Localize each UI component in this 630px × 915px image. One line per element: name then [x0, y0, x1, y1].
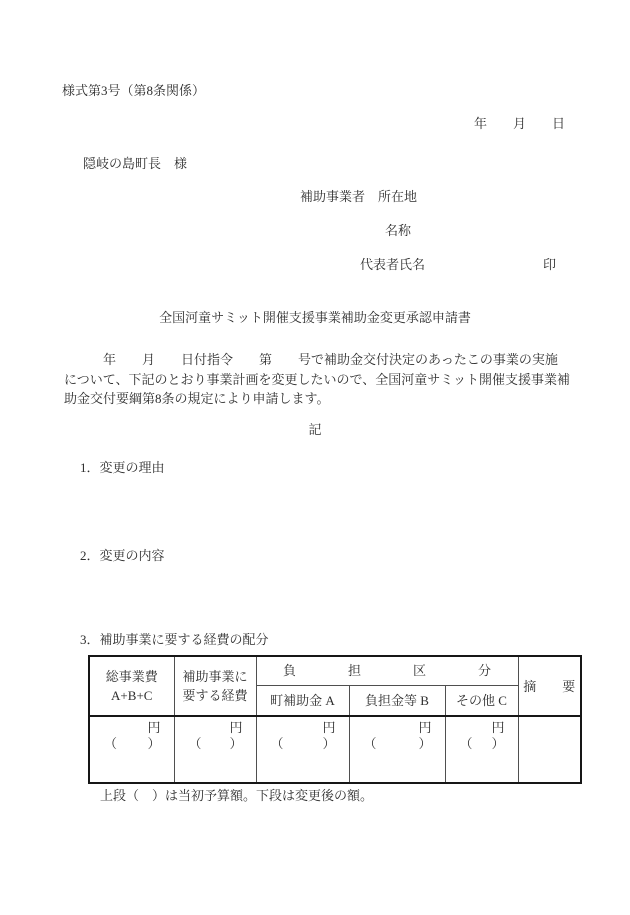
header-others: その他 C [445, 685, 518, 716]
header-project-cost-line2: 要する経費 [175, 686, 256, 705]
date-blank-line: 年 月 日 [474, 117, 565, 131]
header-total-cost-line2: A+B+C [90, 686, 174, 705]
applicant-address-label: 補助事業者 所在地 [300, 190, 417, 204]
header-total-cost-line1: 総事業費 [90, 667, 174, 686]
paren-open: （ [271, 736, 284, 751]
yen-unit-label: 円 [90, 717, 174, 735]
document-page: 様式第3号（第8条関係） 年 月 日 隠岐の島町長 様 補助事業者 所在地 名称… [0, 0, 630, 915]
paren-close: ） [322, 736, 335, 751]
document-title: 全国河童サミット開催支援事業補助金変更承認申請書 [0, 311, 630, 325]
cell-remarks-blank [518, 716, 581, 783]
applicant-name-label: 名称 [385, 224, 411, 238]
paren-open: （ [364, 736, 377, 751]
cell-town-subsidy-amount: 円 （ ） [256, 716, 349, 783]
paren-open: （ [189, 736, 202, 751]
yen-unit-label: 円 [350, 717, 445, 735]
representative-line: 代表者氏名 印 [360, 258, 556, 272]
header-burden-category: 負 担 区 分 [256, 656, 518, 685]
header-remarks: 摘 要 [518, 656, 581, 716]
cell-total-cost-amount: 円 （ ） [89, 716, 174, 783]
header-project-cost: 補助事業に 要する経費 [174, 656, 256, 716]
seal-mark: 印 [543, 258, 556, 272]
cost-allocation-table: 総事業費 A+B+C 補助事業に 要する経費 負 担 区 分 摘 要 町補助金 … [88, 655, 582, 784]
header-project-cost-line1: 補助事業に [175, 667, 256, 686]
paren-close: ） [418, 736, 431, 751]
section-3-heading: 3．補助事業に要する経費の配分 [80, 633, 269, 647]
body-line-1: 年 月 日付指令 第 号で補助金交付決定のあったこの事業の実施 [64, 350, 584, 370]
cell-others-amount: 円 （ ） [445, 716, 518, 783]
yen-unit-label: 円 [257, 717, 349, 735]
header-total-cost: 総事業費 A+B+C [89, 656, 174, 716]
addressee-line: 隠岐の島町長 様 [83, 157, 187, 171]
body-line-2: について、下記のとおり事業計画を変更したいので、全国河童サミット開催支援事業補 [64, 370, 584, 390]
representative-label: 代表者氏名 [360, 258, 425, 272]
paren-open: （ [104, 736, 117, 751]
header-contributions: 負担金等 B [349, 685, 445, 716]
yen-unit-label: 円 [175, 717, 256, 735]
yen-unit-label: 円 [446, 717, 518, 735]
paren-close: ） [229, 736, 242, 751]
form-number: 様式第3号（第8条関係） [62, 84, 205, 98]
section-1-heading: 1．変更の理由 [80, 461, 165, 475]
record-mark: 記 [0, 423, 630, 437]
cell-contributions-amount: 円 （ ） [349, 716, 445, 783]
paren-close: ） [491, 736, 504, 751]
cell-project-cost-amount: 円 （ ） [174, 716, 256, 783]
body-line-3: 助金交付要綱第8条の規定により申請します。 [64, 389, 584, 409]
header-town-subsidy: 町補助金 A [256, 685, 349, 716]
section-2-heading: 2．変更の内容 [80, 549, 165, 563]
paren-close: ） [147, 736, 160, 751]
table-footnote: 上段（ ）は当初予算額。下段は変更後の額。 [100, 789, 373, 803]
body-paragraph: 年 月 日付指令 第 号で補助金交付決定のあったこの事業の実施 について、下記の… [64, 350, 584, 409]
paren-open: （ [460, 736, 473, 751]
